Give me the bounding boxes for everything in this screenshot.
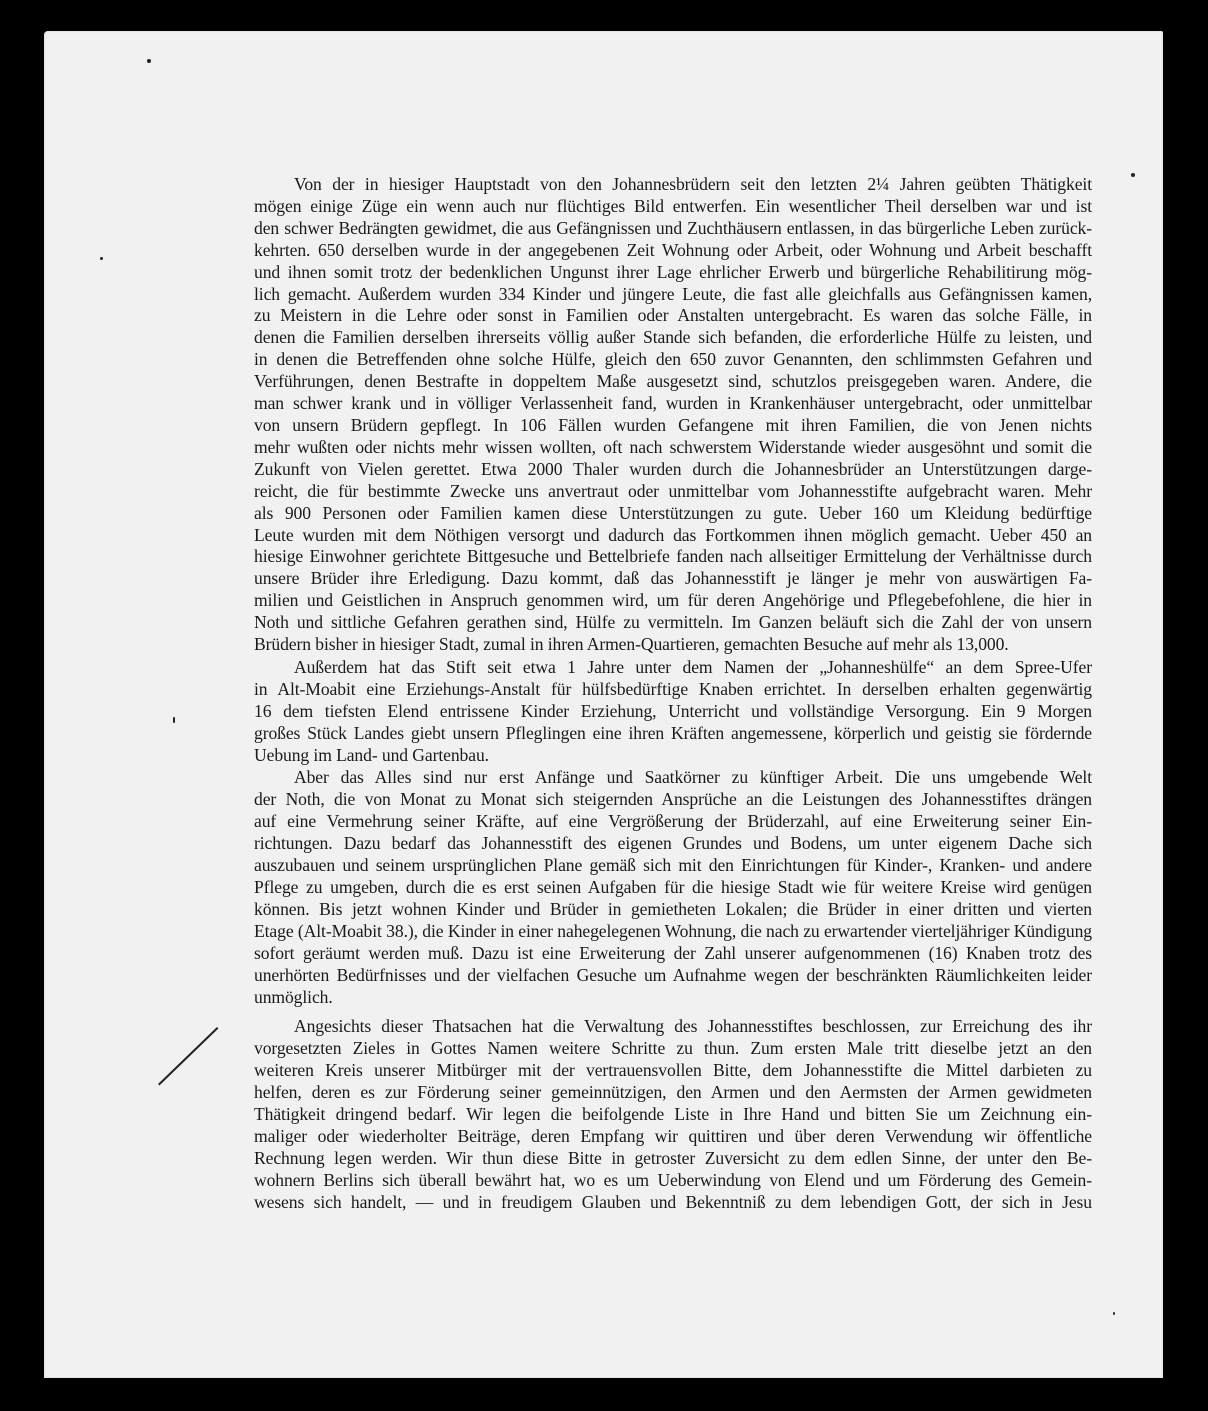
text-line: mögen einige Züge ein wenn auch nur flüc… [254, 196, 1092, 218]
ink-speck [1113, 1312, 1115, 1315]
ink-speck [147, 59, 151, 63]
text-line: Rechnung legen werden. Wir thun diese Bi… [254, 1148, 1092, 1170]
text-line: maliger oder wiederholter Beiträge, dere… [254, 1126, 1092, 1148]
text-line: helfen, deren es zur Förderung seiner ge… [254, 1082, 1092, 1104]
ink-speck [1131, 173, 1135, 177]
text-line: 16 dem tiefsten Elend entrissene Kinder … [254, 701, 1092, 723]
text-line: und ihnen somit trotz der bedenklichen U… [254, 262, 1092, 284]
text-line: man schwer krank und in völliger Verlass… [254, 393, 1092, 415]
text-line: großes Stück Landes giebt unsern Pflegli… [254, 723, 1092, 745]
text-line: hiesige Einwohner gerichtete Bittgesuche… [254, 546, 1092, 568]
text-line: Noth und sittliche Gefahren gerathen sin… [254, 612, 1092, 634]
text-line: unsere Brüder ihre Erledigung. Dazu komm… [254, 568, 1092, 590]
document-body: Von der in hiesiger Hauptstadt von den J… [254, 174, 1092, 1214]
text-line: Etage (Alt-Moabit 38.), die Kinder in ei… [254, 921, 1092, 943]
text-line: auf eine Vermehrung seiner Kräfte, auf e… [254, 811, 1092, 833]
paragraph-1: Von der in hiesiger Hauptstadt von den J… [254, 174, 1092, 656]
text-line: Von der in hiesiger Hauptstadt von den J… [254, 174, 1092, 196]
ink-speck [173, 717, 175, 723]
text-line: Aber das Alles sind nur erst Anfänge und… [254, 767, 1092, 789]
text-line: kehrten. 650 derselben wurde in der ange… [254, 240, 1092, 262]
paragraph-4: Angesichts dieser Thatsachen hat die Ver… [254, 1016, 1092, 1213]
ink-speck [100, 257, 103, 260]
text-line: weiteren Kreis unserer Mitbürger mit der… [254, 1060, 1092, 1082]
text-line: denen die Familien derselben ihrerseits … [254, 327, 1092, 349]
paragraph-3: Aber das Alles sind nur erst Anfänge und… [254, 767, 1092, 1008]
text-line: zu Meistern in die Lehre oder sonst in F… [254, 305, 1092, 327]
text-line: von unsern Brüdern gepflegt. In 106 Fäll… [254, 415, 1092, 437]
text-line: Verführungen, denen Bestrafte in doppelt… [254, 371, 1092, 393]
text-line: vorgesetzten Zieles in Gottes Namen weit… [254, 1038, 1092, 1060]
text-line: Leute wurden mit dem Nöthigen versorgt u… [254, 525, 1092, 547]
text-line: in Alt-Moabit eine Erziehungs-Anstalt fü… [254, 679, 1092, 701]
text-line: Uebung im Land- und Gartenbau. [254, 745, 1092, 767]
text-line: als 900 Personen oder Familien kamen die… [254, 503, 1092, 525]
text-line: Außerdem hat das Stift seit etwa 1 Jahre… [254, 657, 1092, 679]
text-line: mehr wußten oder nichts mehr wissen woll… [254, 437, 1092, 459]
text-line: richtungen. Dazu bedarf das Johannesstif… [254, 833, 1092, 855]
text-line: wohnern Berlins sich überall bewährt hat… [254, 1170, 1092, 1192]
text-line: können. Bis jetzt wohnen Kinder und Brüd… [254, 899, 1092, 921]
text-line: unerhörten Bedürfnisses und der vielfach… [254, 965, 1092, 987]
text-line: Thätigkeit dringend bedarf. Wir legen di… [254, 1104, 1092, 1126]
text-line: milien und Geistlichen in Anspruch genom… [254, 590, 1092, 612]
text-line: wesens sich handelt, — und in freudigem … [254, 1192, 1092, 1214]
text-line: Brüdern bisher in hiesiger Stadt, zumal … [254, 634, 1092, 656]
text-line: sofort geräumt werden muß. Dazu ist eine… [254, 943, 1092, 965]
text-line: der Noth, die von Monat zu Monat sich st… [254, 789, 1092, 811]
text-line: Angesichts dieser Thatsachen hat die Ver… [254, 1016, 1092, 1038]
text-line: Pflege zu umgeben, durch die es erst sei… [254, 877, 1092, 899]
paragraph-2: Außerdem hat das Stift seit etwa 1 Jahre… [254, 657, 1092, 767]
text-line: lich gemacht. Außerdem wurden 334 Kinder… [254, 284, 1092, 306]
text-line: den schwer Bedrängten gewidmet, die aus … [254, 218, 1092, 240]
text-line: auszubauen und seinem ursprünglichen Pla… [254, 855, 1092, 877]
text-line: unmöglich. [254, 987, 1092, 1009]
text-line: Zukunft von Vielen gerettet. Etwa 2000 T… [254, 459, 1092, 481]
text-line: in denen die Betreffenden ohne solche Hü… [254, 349, 1092, 371]
text-line: reicht, die für bestimmte Zwecke uns anv… [254, 481, 1092, 503]
